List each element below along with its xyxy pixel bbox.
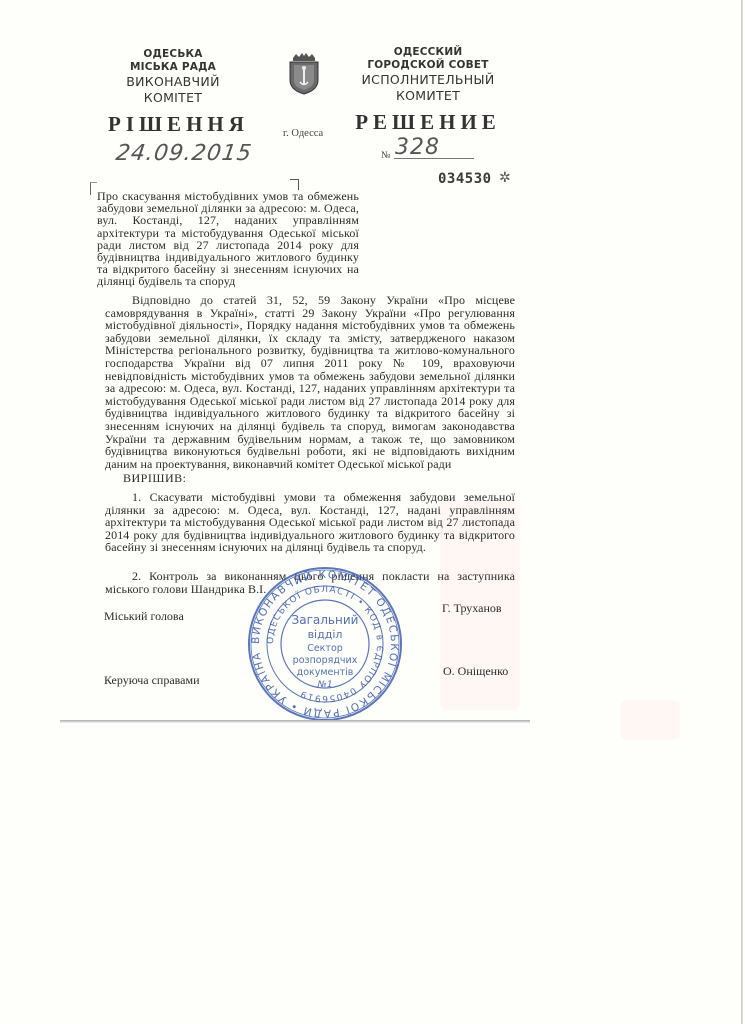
legal-basis-paragraph: Відповідно до статей 31, 52, 59 Закону У… (105, 294, 515, 470)
header-left-line2: МІСЬКА РАДА (108, 61, 238, 74)
decision-number: 328 (395, 135, 440, 160)
scan-tint (620, 700, 680, 740)
header-right-line3: ИСПОЛНИТЕЛЬНЫЙ (348, 72, 508, 88)
header-left-line3: ВИКОНАВЧИЙ (108, 74, 238, 90)
decision-title-ua: РІШЕННЯ (108, 112, 238, 137)
header-right-line1: ОДЕССКИЙ (348, 46, 508, 59)
header-right-line2: ГОРОДСКОЙ СОВЕТ (348, 59, 508, 72)
serial-mark-icon: ✲ (499, 170, 511, 187)
official-stamp: ВИКОНАВЧИЙ КОМІТЕТ ОДЕСЬКОЇ МІСЬКОЇ РАДИ… (247, 566, 403, 722)
svg-text:документів: документів (297, 667, 354, 678)
number-underline (394, 158, 474, 159)
svg-text:Сектор: Сектор (307, 643, 343, 654)
page-edge (741, 0, 743, 1024)
number-prefix: № (381, 150, 391, 161)
header-right: ОДЕССКИЙ ГОРОДСКОЙ СОВЕТ ИСПОЛНИТЕЛЬНЫЙ … (348, 46, 508, 135)
subject-bracket-left (90, 182, 97, 195)
city-name: г. Одесса (283, 128, 323, 139)
svg-text:Загальний: Загальний (292, 613, 359, 627)
header-left: ОДЕСЬКА МІСЬКА РАДА ВИКОНАВЧИЙ КОМІТЕТ Р… (108, 48, 238, 137)
sheet-bottom-edge (60, 720, 530, 723)
header-left-line4: КОМІТЕТ (108, 90, 238, 106)
header-right-line4: КОМИТЕТ (348, 88, 508, 104)
signature-title-mayor: Міський голова (104, 609, 184, 624)
svg-text:відділ: відділ (308, 628, 343, 641)
decision-item-1: 1. Скасувати містобудівні умови та обмеж… (105, 491, 515, 554)
header-left-line1: ОДЕСЬКА (108, 48, 238, 61)
decision-title-ru: РЕШЕНИЕ (348, 110, 508, 135)
signature-title-admin: Керуюча справами (104, 673, 200, 688)
decision-subject: Про скасування містобудівних умов та обм… (97, 190, 359, 288)
coat-of-arms-icon (287, 52, 321, 96)
serial-number: 034530 (438, 171, 492, 187)
signature-name-admin: О. Оніщенко (443, 664, 508, 679)
decision-date: 24.09.2015 (114, 141, 253, 166)
signature-name-mayor: Г. Труханов (442, 601, 502, 616)
resolved-label: ВИРІШИВ: (123, 471, 186, 486)
stamp-center-text: ЗагальнийвідділСекторрозпорядчихдокумент… (292, 613, 359, 690)
svg-text:розпорядчих: розпорядчих (293, 655, 358, 666)
svg-text:№1: №1 (316, 680, 332, 690)
